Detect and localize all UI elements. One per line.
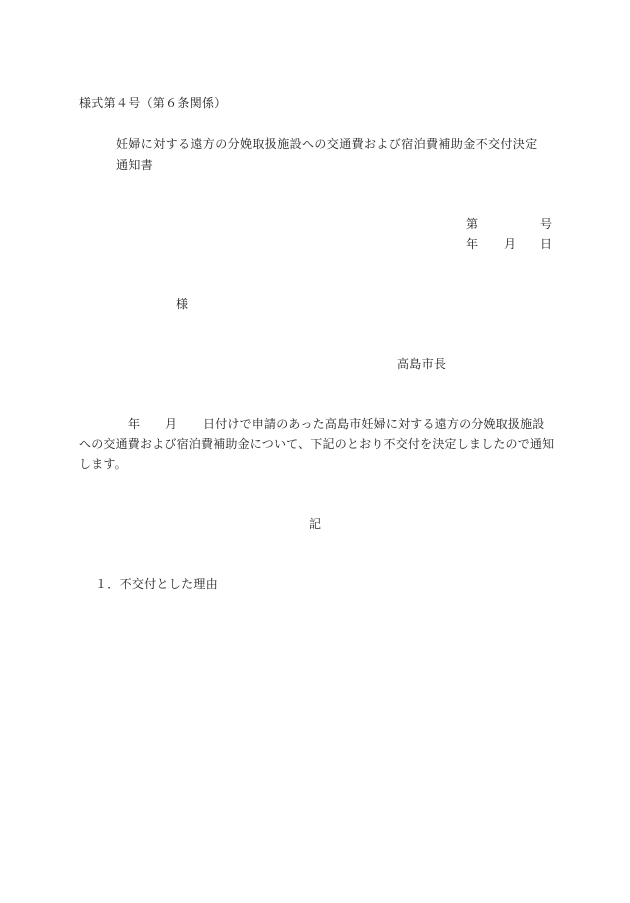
doc-number-prefix: 第 [466,218,478,230]
body-line-2: への交通費および宿泊費補助金について、下記のとおり不交付を決定しましたので通知 [79,434,555,454]
document-title-line-1: 妊婦に対する遠方の分娩取扱施設への交通費および宿泊費補助金不交付決定 [116,138,538,150]
body-paragraph: 年 月 日付けで申請のあった高島市妊婦に対する遠方の分娩取扱施設 への交通費およ… [79,414,555,474]
doc-number-suffix: 号 [540,218,552,230]
body-year: 年 [128,414,140,434]
document-title-line-2: 通知書 [116,159,153,171]
date-year: 年 [466,238,478,250]
body-line-1-text: 日付けで申請のあった高島市妊婦に対する遠方の分娩取扱施設 [203,414,544,434]
document-page: 様式第４号（第６条関係） 妊婦に対する遠方の分娩取扱施設への交通費および宿泊費補… [0,0,630,903]
form-number: 様式第４号（第６条関係） [79,97,227,109]
date-day: 日 [540,238,552,250]
addressee: 様 [176,298,188,310]
body-line-3: します。 [79,454,555,474]
sender: 高島市長 [397,358,446,370]
ki-heading: 記 [309,518,321,530]
body-month: 月 [165,414,177,434]
date-month: 月 [504,238,516,250]
body-line-1: 年 月 日付けで申請のあった高島市妊婦に対する遠方の分娩取扱施設 [79,414,555,434]
item-reason-for-non-grant: １．不交付とした理由 [95,578,218,590]
